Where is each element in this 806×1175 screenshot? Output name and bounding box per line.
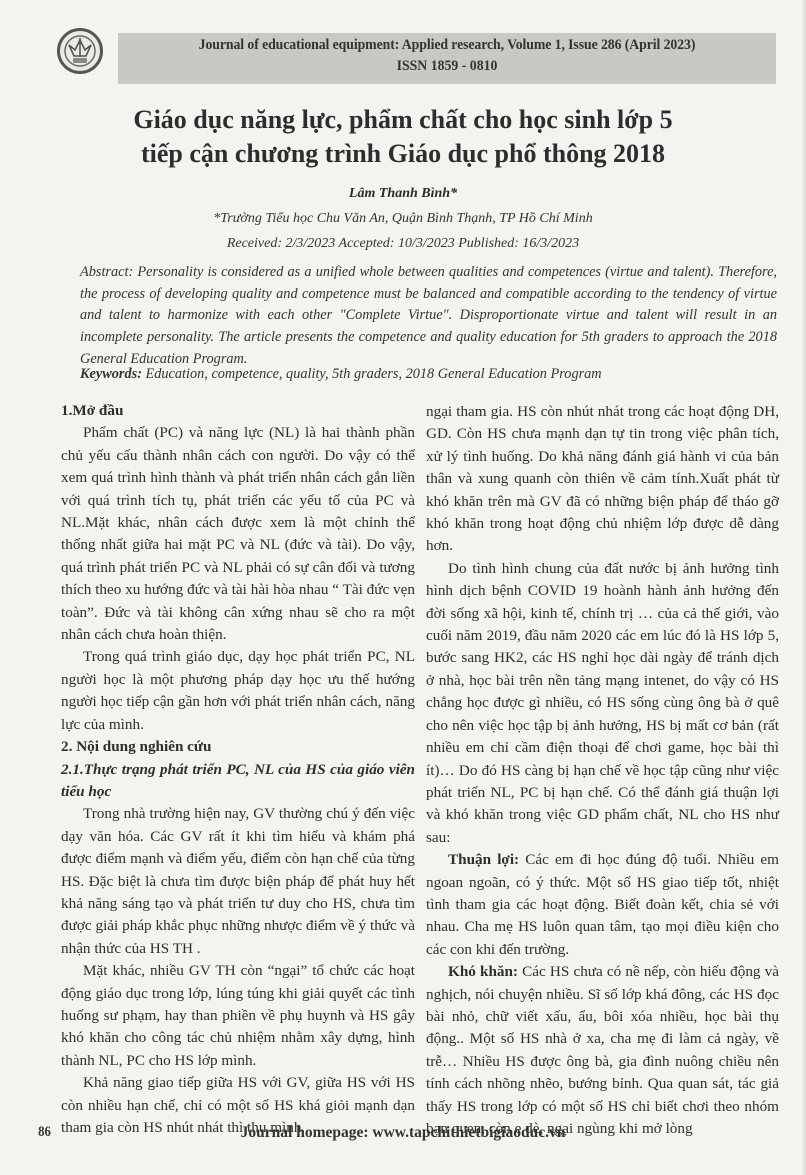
paragraph: Do tình hình chung của đất nước bị ảnh h… bbox=[426, 558, 779, 849]
paragraph-advantages: Thuận lợi: Các em đi học đúng độ tuổi. N… bbox=[426, 849, 779, 961]
paragraph: Phẩm chất (PC) và năng lực (NL) là hai t… bbox=[61, 422, 415, 646]
difficulties-text: Các HS chưa có nề nếp, còn hiếu động và … bbox=[426, 963, 779, 1137]
section-heading-introduction: 1.Mở đầu bbox=[61, 400, 415, 422]
body-column-right: ngại tham gia. HS còn nhút nhát trong cá… bbox=[426, 401, 779, 1140]
section-heading-research-content: 2. Nội dung nghiên cứu bbox=[61, 736, 415, 758]
paragraph: ngại tham gia. HS còn nhút nhát trong cá… bbox=[426, 401, 779, 558]
author-affiliation: *Trường Tiểu học Chu Văn An, Quận Bình T… bbox=[0, 211, 806, 227]
advantages-label: Thuận lợi: bbox=[448, 851, 519, 868]
subsection-heading-2-1: 2.1.Thực trạng phát triển PC, NL của HS … bbox=[61, 759, 415, 804]
issn: ISSN 1859 - 0810 bbox=[144, 58, 749, 75]
publication-dates: Received: 2/3/2023 Accepted: 10/3/2023 P… bbox=[0, 236, 806, 252]
paragraph: Trong quá trình giáo dục, dạy học phát t… bbox=[61, 646, 415, 736]
journal-crest-icon bbox=[57, 28, 103, 74]
keywords: Keywords: Education, competence, quality… bbox=[80, 366, 777, 383]
paragraph: Mặt khác, nhiều GV TH còn “ngại” tổ chức… bbox=[61, 960, 415, 1072]
journal-header-band: Journal of educational equipment: Applie… bbox=[118, 33, 776, 84]
title-line-1: Giáo dục năng lực, phẩm chất cho học sin… bbox=[40, 103, 766, 137]
crest-graphic bbox=[60, 31, 100, 71]
keywords-list: Education, competence, quality, 5th grad… bbox=[142, 366, 602, 382]
paragraph: Trong nhà trường hiện nay, GV thường chú… bbox=[61, 803, 415, 960]
keywords-label: Keywords: bbox=[80, 366, 142, 382]
journal-citation: Journal of educational equipment: Applie… bbox=[144, 37, 749, 54]
title-line-2: tiếp cận chương trình Giáo dục phổ thông… bbox=[40, 137, 766, 171]
journal-homepage: Journal homepage: www.tapchithietbigiaod… bbox=[0, 1124, 806, 1142]
abstract: Abstract: Personality is considered as a… bbox=[80, 262, 777, 371]
article-title: Giáo dục năng lực, phẩm chất cho học sin… bbox=[40, 103, 766, 171]
difficulties-label: Khó khăn: bbox=[448, 963, 518, 980]
journal-page: Journal of educational equipment: Applie… bbox=[0, 0, 806, 1175]
paragraph-difficulties: Khó khăn: Các HS chưa có nề nếp, còn hiế… bbox=[426, 961, 779, 1140]
scan-edge-shadow bbox=[802, 0, 806, 1175]
body-column-left: 1.Mở đầu Phẩm chất (PC) và năng lực (NL)… bbox=[61, 400, 415, 1139]
author-name: Lâm Thanh Bình* bbox=[0, 186, 806, 202]
